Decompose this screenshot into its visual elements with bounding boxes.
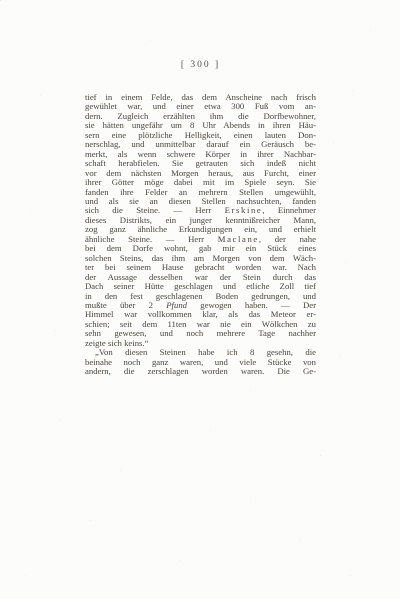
scanned-book-page: [ 300 ] tief in einem Felde, das dem Ans… — [0, 0, 400, 599]
page-number: [ 300 ] — [85, 60, 316, 70]
text-block: tief in einem Felde, das dem Anscheine n… — [85, 93, 316, 377]
text-line: andern, die zerschlagen worden waren. Di… — [85, 367, 316, 376]
